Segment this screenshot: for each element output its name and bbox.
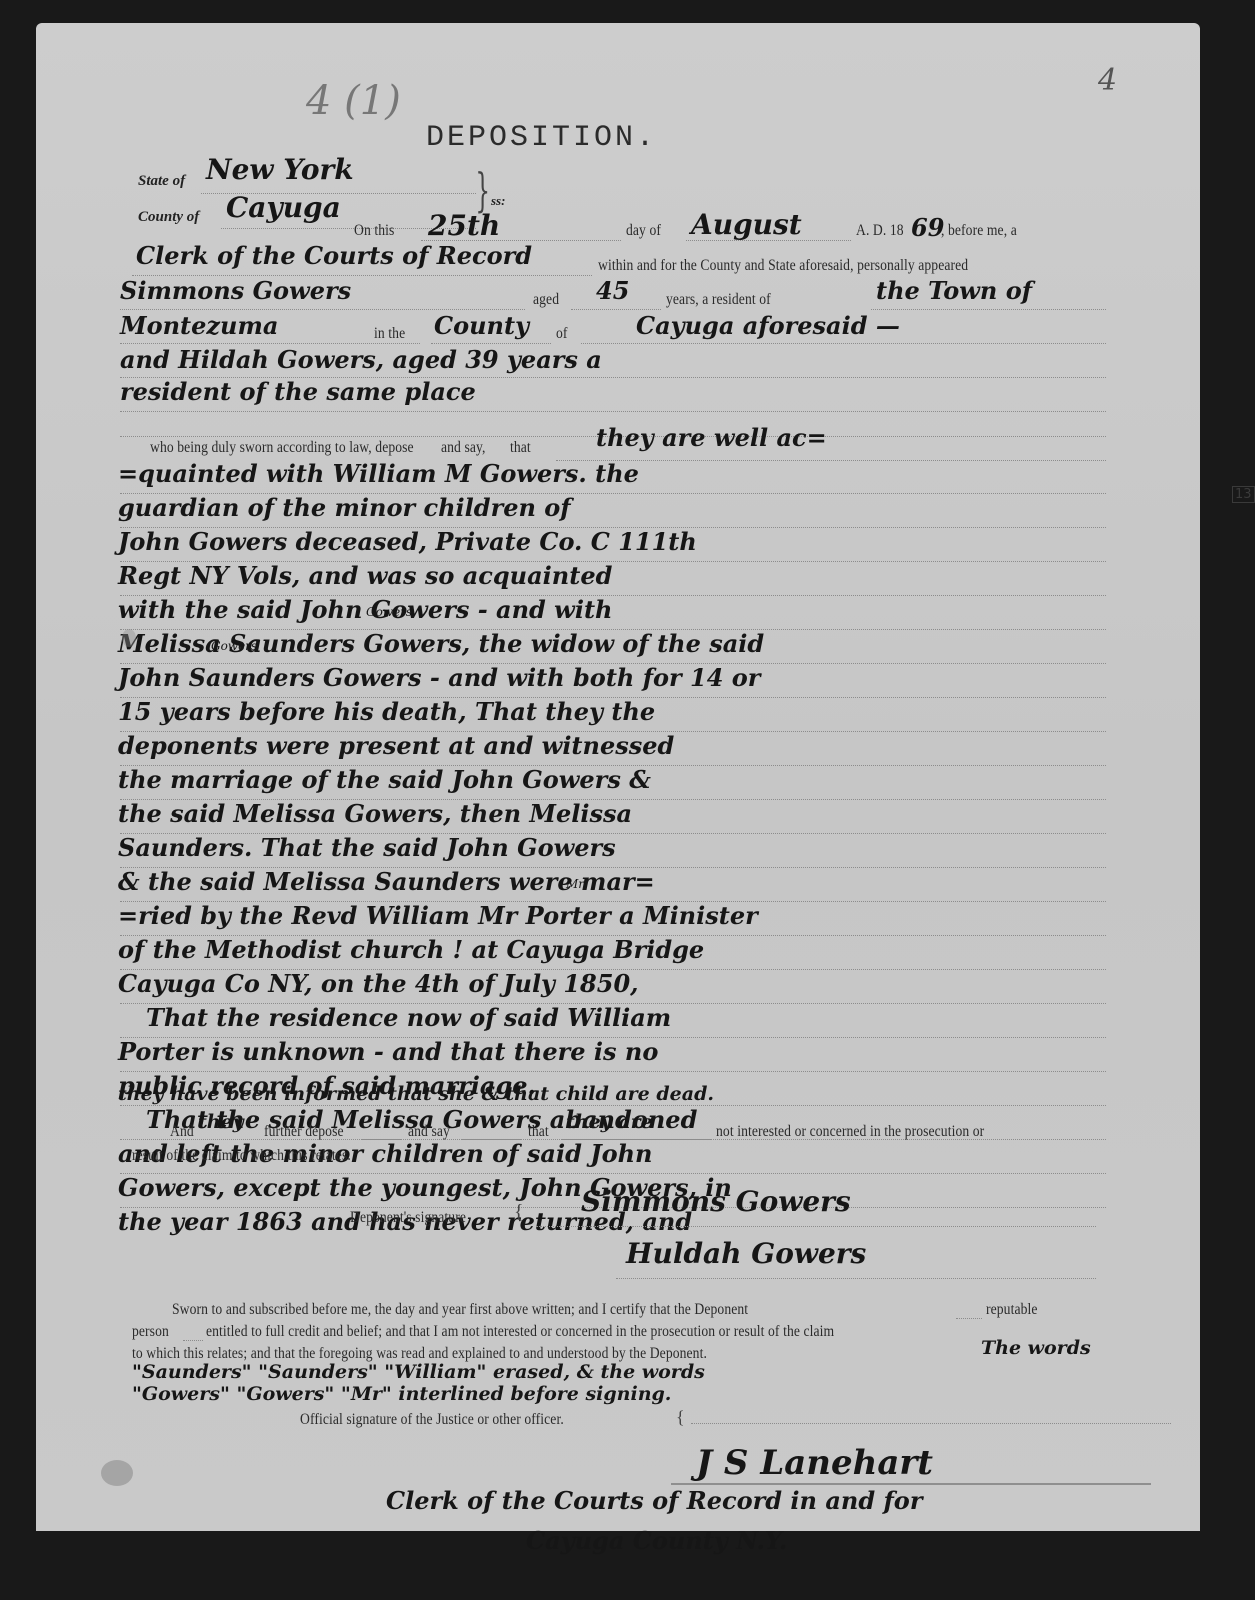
- deponent-signature-1: Simmons Gowers: [581, 1185, 851, 1218]
- testimony-line: 15 years before his death, That they the: [118, 697, 655, 726]
- in-the-label: in the: [374, 325, 405, 343]
- in-the-value: County: [434, 311, 529, 340]
- county-value: Cayuga: [226, 191, 341, 224]
- residence-line-2: [120, 343, 420, 344]
- official-line-top: [691, 1423, 1171, 1424]
- testimony-line: they are well ac=: [596, 423, 827, 452]
- testimony-line: Regt NY Vols, and was so acquainted: [118, 561, 612, 590]
- that-rule: [561, 1139, 711, 1140]
- month-line: [686, 240, 851, 241]
- certification-line-1: Sworn to and subscribed before me, the d…: [172, 1301, 748, 1319]
- of-value: Cayuga aforesaid —: [636, 311, 900, 340]
- intro-rule-5: [120, 411, 1106, 412]
- official-line-bottom: [671, 1483, 1151, 1485]
- deponent-line: [120, 309, 525, 310]
- further-rule: [361, 1139, 401, 1140]
- say-rule: [461, 1139, 521, 1140]
- margin-mark-top: 4 (1): [306, 78, 401, 124]
- residence-value-1: the Town of: [876, 276, 1032, 305]
- ad-label: A. D. 18: [856, 222, 904, 240]
- interlineation-gowers-1: Gowers: [366, 605, 412, 619]
- interlineation-mr: Mr: [566, 877, 584, 891]
- testimony-line: guardian of the minor children of: [118, 493, 571, 522]
- certification-line-2-start: person: [132, 1323, 169, 1341]
- ss-label: ss:: [491, 193, 505, 209]
- testimony-line: That the residence now of said William: [146, 1003, 671, 1032]
- testimony-line: =quainted with William M Gowers. the: [118, 459, 639, 488]
- years-label: years, a resident of: [666, 291, 771, 309]
- testimony-line: Saunders. That the said John Gowers: [118, 833, 616, 862]
- result-label: result of the claim to which this relate…: [132, 1147, 351, 1165]
- testimony-line: John Saunders Gowers - and with both for…: [118, 663, 760, 692]
- of-label: of: [556, 325, 568, 343]
- intro-line-5: resident of the same place: [120, 377, 476, 406]
- state-value: New York: [206, 153, 354, 186]
- testimony-line: Porter is unknown - and that there is no: [118, 1037, 658, 1066]
- testimony-line: deponents were present at and witnessed: [118, 731, 674, 760]
- age-line: [571, 309, 661, 310]
- deponent-signature-2: Huldah Gowers: [626, 1237, 866, 1270]
- margin-tab-label: 13: [1232, 486, 1255, 503]
- ink-stain: [101, 1460, 133, 1486]
- aged-label: aged: [533, 291, 559, 309]
- cert-blank-2: [183, 1340, 203, 1341]
- certification-note-3: "Gowers" "Gowers" "Mr" interlined before…: [132, 1383, 671, 1405]
- not-interested-label: not interested or concerned in the prose…: [716, 1123, 984, 1141]
- state-label: State of: [138, 173, 185, 190]
- and-say-label-2: and say: [408, 1123, 450, 1141]
- page-number: 4: [1098, 63, 1117, 98]
- testimony-line: Cayuga Co NY, on the 4th of July 1850,: [118, 969, 639, 998]
- testimony-line: John Gowers deceased, Private Co. C 111t…: [118, 527, 697, 556]
- certification-note-2: "Saunders" "Saunders" "William" erased, …: [132, 1361, 705, 1383]
- and-say-label: and say,: [441, 439, 486, 457]
- residence-value-2: Montezuma: [120, 311, 278, 340]
- deposition-page: 4 (1) 4 DEPOSITION. State of New York Co…: [36, 23, 1200, 1531]
- before-me-label: , before me, a: [941, 222, 1017, 240]
- testimony-line: the marriage of the said John Gowers &: [118, 765, 651, 794]
- year-value: 69: [911, 213, 944, 242]
- cert-blank-1: [956, 1318, 982, 1319]
- day-of-label: day of: [626, 222, 661, 240]
- ink-stain: [122, 629, 136, 647]
- certification-line-2: entitled to full credit and belief; and …: [206, 1323, 834, 1341]
- and-value: they: [198, 1111, 244, 1133]
- signature-brace: {: [514, 1201, 524, 1224]
- testimony-line: the said Melissa Gowers, then Melissa: [118, 799, 632, 828]
- officer-value: Clerk of the Courts of Record: [136, 241, 532, 270]
- month-value: August: [691, 208, 802, 241]
- testimony-line: of the Methodist church ! at Cayuga Brid…: [118, 935, 704, 964]
- of-line: [581, 343, 1106, 344]
- within-label: within and for the County and State afor…: [598, 257, 968, 275]
- official-signature-label: Official signature of the Justice or oth…: [300, 1411, 564, 1429]
- official-title-2: Cayuga County N.Y.: [526, 1526, 787, 1555]
- page-title: DEPOSITION.: [426, 121, 657, 155]
- day-value: 25th: [428, 209, 500, 242]
- intro-line-4: and Hildah Gowers, aged 39 years a: [120, 345, 602, 374]
- sworn-label: who being duly sworn according to law, d…: [150, 439, 414, 457]
- and-label: And: [170, 1123, 194, 1141]
- testimony-line-last: they have been informed that she & that …: [118, 1083, 714, 1105]
- deponent-name: Simmons Gowers: [120, 276, 351, 305]
- residence-line-1: [871, 309, 1106, 310]
- deponent-signature-label: Deponent's signature: [350, 1209, 466, 1227]
- that-label-2: that: [528, 1123, 549, 1141]
- age-value: 45: [596, 276, 629, 305]
- on-this-label: On this: [354, 222, 394, 240]
- that-label: that: [510, 439, 531, 457]
- that-value: they are: [566, 1111, 653, 1133]
- interlineation-gowers-2: Gowers: [211, 639, 257, 653]
- certification-note-1: The words: [981, 1337, 1091, 1359]
- official-signature: J S Lanehart: [696, 1443, 933, 1483]
- testimony-line: =ried by the Revd William Mr Porter a Mi…: [118, 901, 758, 930]
- official-title-1: Clerk of the Courts of Record in and for: [386, 1486, 922, 1515]
- signature-line-2: [616, 1278, 1096, 1279]
- signature-line-1: [536, 1226, 1096, 1227]
- official-brace: {: [676, 1407, 685, 1428]
- county-label: County of: [138, 209, 199, 226]
- further-depose-label: further depose: [264, 1123, 344, 1141]
- in-the-line: [431, 343, 551, 344]
- certification-line-1-end: reputable: [986, 1301, 1038, 1319]
